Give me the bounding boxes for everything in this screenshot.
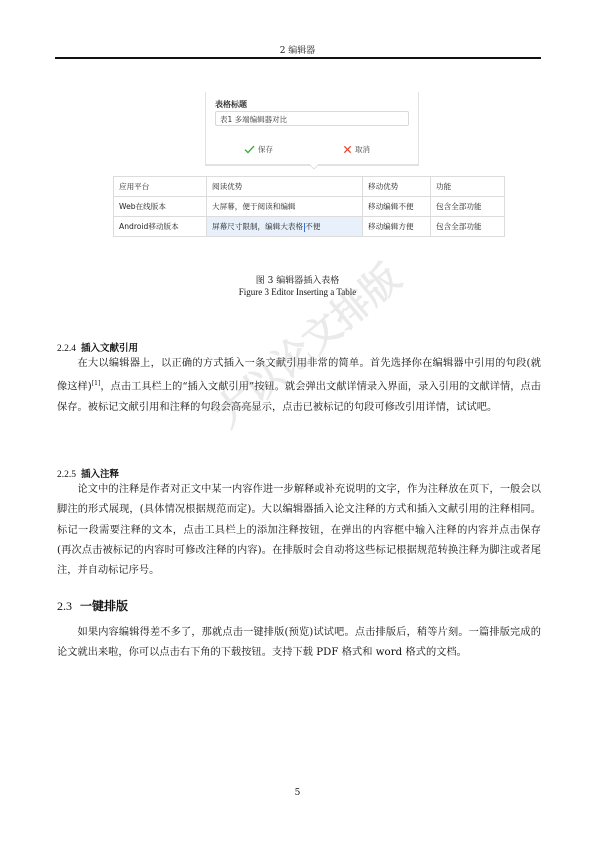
editor-table: 应用平台 阅读优势 移动优势 功能 Web在线版本 大屏幕，便于阅读和编辑 移动… — [113, 176, 505, 237]
section-heading-2-3: 2.3一键排版 — [57, 597, 128, 614]
cell-text-before-caret: 屏幕尺寸限制，编辑大表格 — [212, 222, 303, 231]
close-icon — [343, 145, 352, 154]
table-cell[interactable]: 阅读优势 — [207, 177, 363, 197]
table-caption-input[interactable]: 表1 多端编辑器对比 — [215, 111, 409, 126]
section-title: 一键排版 — [80, 599, 128, 613]
section-heading-2-2-4: 2.2.4插入文献引用 — [57, 340, 138, 354]
popover-label: 表格标题 — [215, 99, 247, 110]
section-number: 2.2.4 — [57, 344, 76, 354]
table-cell[interactable]: Android移动版本 — [114, 217, 207, 237]
page-number: 5 — [0, 788, 595, 798]
check-icon — [244, 145, 255, 154]
cell-text-after-caret: 不便 — [305, 222, 320, 231]
paragraph-2-2-4: 在大以编辑器上，以正确的方式插入一条文献引用非常的简单。首先选择你在编辑器中引用… — [57, 354, 541, 418]
save-label: 保存 — [258, 144, 273, 155]
popover-actions: 保存 取消 — [206, 144, 418, 158]
table-caption-popover: 表格标题 表1 多端编辑器对比 保存 取消 — [205, 92, 419, 166]
table-cell[interactable]: Web在线版本 — [114, 197, 207, 217]
cancel-button[interactable]: 取消 — [343, 144, 370, 155]
table-cell-selected[interactable]: 屏幕尺寸限制，编辑大表格不便 — [207, 217, 363, 237]
table-cell[interactable]: 包含全部功能 — [431, 217, 505, 237]
running-head: 2 编辑器 — [0, 43, 595, 56]
table-cell[interactable]: 包含全部功能 — [431, 197, 505, 217]
section-heading-2-2-5: 2.2.5插入注释 — [57, 466, 119, 480]
table-cell[interactable]: 移动优势 — [363, 177, 431, 197]
section-title: 插入注释 — [81, 469, 119, 480]
popover-tail-icon — [309, 164, 319, 170]
paragraph-2-3: 如果内容编辑得差不多了，那就点击一键排版(预览)试试吧。点击排版后，稍等片刻。一… — [57, 623, 541, 664]
table-row: 应用平台 阅读优势 移动优势 功能 — [114, 177, 505, 197]
section-number: 2.3 — [57, 599, 72, 613]
table-cell[interactable]: 大屏幕，便于阅读和编辑 — [207, 197, 363, 217]
header-rule — [55, 57, 541, 59]
paragraph-2-2-5: 论文中的注释是作者对正文中某一内容作进一步解释或补充说明的文字，作为注释放在页下… — [57, 480, 541, 581]
paragraph-text: ，点击工具栏上的“插入文献引用”按钮。就会弹出文献详情录入界面，录入引用的文献详… — [57, 382, 541, 413]
save-button[interactable]: 保存 — [244, 144, 273, 155]
figure-caption-cn: 图 3 编辑器插入表格 — [0, 273, 595, 286]
table-cell[interactable]: 移动编辑方便 — [363, 217, 431, 237]
cancel-label: 取消 — [355, 144, 370, 155]
table-cell[interactable]: 应用平台 — [114, 177, 207, 197]
table-row: Android移动版本 屏幕尺寸限制，编辑大表格不便 移动编辑方便 包含全部功能 — [114, 217, 505, 237]
section-title: 插入文献引用 — [81, 343, 138, 354]
table-cell[interactable]: 功能 — [431, 177, 505, 197]
section-number: 2.2.5 — [57, 470, 76, 480]
figure-editor-table: 表格标题 表1 多端编辑器对比 保存 取消 应用平台 阅读优势 移动优势 — [113, 92, 505, 252]
figure-caption-en: Figure 3 Editor Inserting a Table — [0, 287, 595, 297]
table-row: Web在线版本 大屏幕，便于阅读和编辑 移动编辑不便 包含全部功能 — [114, 197, 505, 217]
table-cell[interactable]: 移动编辑不便 — [363, 197, 431, 217]
